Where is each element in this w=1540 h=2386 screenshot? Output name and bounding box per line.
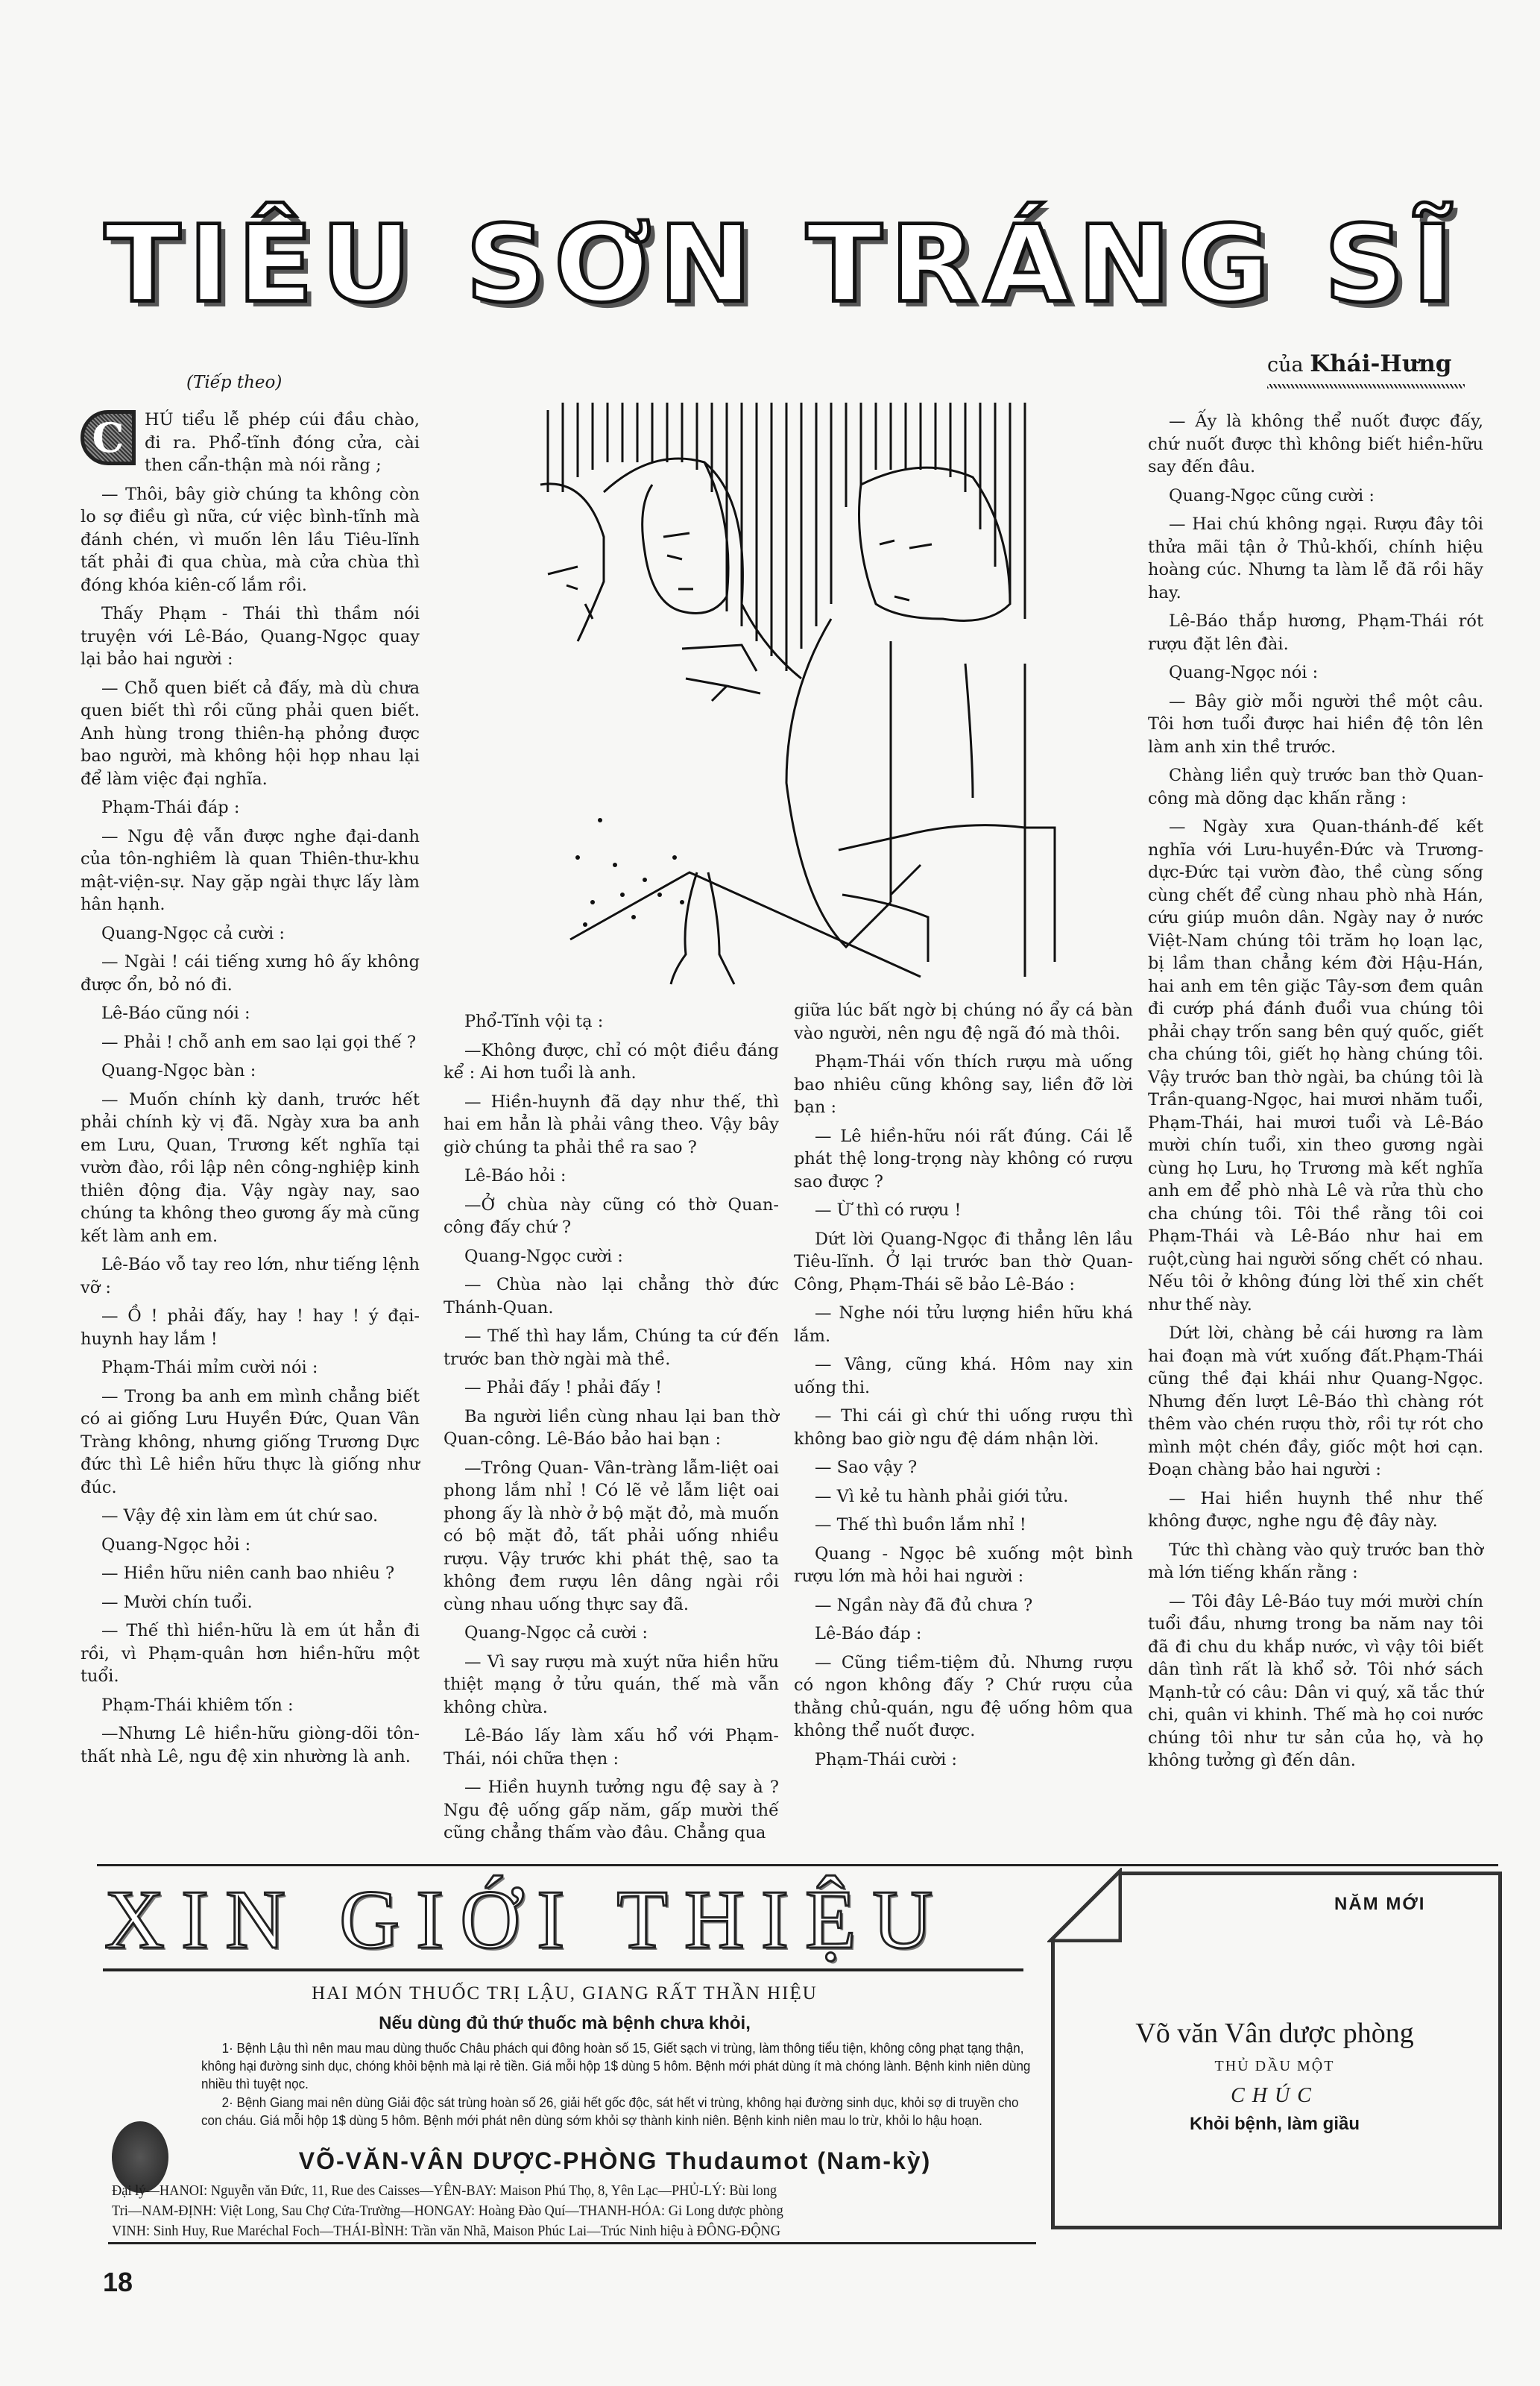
paragraph: Quang-Ngọc bàn : bbox=[81, 1060, 420, 1083]
paragraph: — Vì say rượu mà xuýt nữa hiền hữu thiệt… bbox=[444, 1651, 779, 1719]
paragraph: Quang-Ngọc cười : bbox=[444, 1245, 779, 1268]
paragraph: Quang-Ngọc hỏi : bbox=[81, 1534, 420, 1557]
paragraph: Lê-Báo cũng nói : bbox=[81, 1002, 420, 1025]
paragraph: Chàng liền quỳ trước ban thờ Quan-công m… bbox=[1148, 764, 1483, 810]
paragraph: — Tôi đây Lê-Báo tuy mới mười chín tuổi … bbox=[1148, 1590, 1483, 1772]
greeting-message: Khỏi bệnh, làm giầu bbox=[1055, 2114, 1495, 2135]
paragraph: Phạm-Thái đáp : bbox=[81, 796, 420, 819]
illustration bbox=[503, 380, 1137, 992]
paragraph: Tức thì chàng vào quỳ trước ban thờ mà l… bbox=[1148, 1539, 1483, 1584]
ad-bottom-rule bbox=[108, 2242, 1036, 2244]
paragraph: — Thế thì hay lắm, Chúng ta cứ đến trước… bbox=[444, 1325, 779, 1370]
paragraph: Lê-Báo lấy làm xấu hổ với Phạm-Thái, nói… bbox=[444, 1725, 779, 1770]
paragraph: Phạm-Thái vốn thích rượu mà uống bao nhi… bbox=[794, 1051, 1133, 1119]
paragraph: — Ừ thì có rượu ! bbox=[794, 1199, 1133, 1222]
ad-subheading: HAI MÓN THUỐC TRỊ LẬU, GIANG RẤT THẦN HI… bbox=[104, 1983, 1025, 2004]
byline: của Khái-Hưng bbox=[1267, 350, 1451, 377]
page-number: 18 bbox=[103, 2267, 133, 2298]
text-column-2: Phổ-Tĩnh vội tạ : —Không được, chỉ có mộ… bbox=[444, 1010, 779, 1851]
paragraph: — Vâng, cũng khá. Hôm nay xin uống thi. bbox=[794, 1353, 1133, 1399]
text-column-4: — Ấy là không thể nuốt được đấy, chứ nuố… bbox=[1148, 410, 1483, 1778]
paragraph: — Trong ba anh em mình chẳng biết có ai … bbox=[81, 1385, 420, 1499]
paragraph: — Hiền hữu niên canh bao nhiêu ? bbox=[81, 1562, 420, 1585]
paragraph: Quang-Ngọc nói : bbox=[1148, 661, 1483, 684]
paragraph: Dứt lời, chàng bẻ cái hương ra làm hai đ… bbox=[1148, 1322, 1483, 1482]
paragraph: Phạm-Thái cười : bbox=[794, 1748, 1133, 1772]
paragraph: Lê-Báo vỗ tay reo lớn, như tiếng lệnh vỡ… bbox=[81, 1253, 420, 1299]
paragraph: — Hai chú không ngại. Rượu đây tôi thửa … bbox=[1148, 513, 1483, 604]
paragraph: — Thế thì buồn lắm nhỉ ! bbox=[794, 1514, 1133, 1537]
paragraph: — Ngài ! cái tiếng xưng hô ấy không được… bbox=[81, 951, 420, 996]
article-title: TIÊU SƠN TRÁNG SĨ bbox=[89, 218, 1476, 311]
text-column-3: giữa lúc bất ngờ bị chúng nó ẩy cá bàn v… bbox=[794, 999, 1133, 1777]
paragraph: Ba người liền cùng nhau lại ban thờ Quan… bbox=[444, 1406, 779, 1451]
folded-corner-ornament bbox=[1047, 1868, 1122, 1942]
text-column-1: CHÚ tiểu lễ phép cúi đầu chào, đi ra. Ph… bbox=[81, 409, 420, 1774]
paragraph: giữa lúc bất ngờ bị chúng nó ẩy cá bàn v… bbox=[794, 999, 1133, 1045]
paragraph: Quang - Ngọc bê xuống một bình rượu lớn … bbox=[794, 1543, 1133, 1588]
ad-heading: XIN GIỚI THIỆU bbox=[104, 1879, 1021, 1961]
byline-prefix: của bbox=[1267, 353, 1304, 377]
paragraph: Quang-Ngọc cũng cười : bbox=[1148, 485, 1483, 508]
paragraph: — Mười chín tuổi. bbox=[81, 1591, 420, 1614]
paragraph: — Phải đấy ! phải đấy ! bbox=[444, 1376, 779, 1400]
agent-line: Đại lý—HANOI: Nguyễn văn Đức, 11, Rue de… bbox=[112, 2181, 1051, 2201]
paragraph: Quang-Ngọc cả cười : bbox=[81, 922, 420, 945]
ad-item-2: 2· Bệnh Giang mai nên dùng Giải độc sát … bbox=[201, 2094, 1031, 2130]
greeting-place: THỦ DẦU MỘT bbox=[1055, 2058, 1495, 2075]
paragraph: — Muốn chính kỳ danh, trước hết phải chí… bbox=[81, 1089, 420, 1248]
paragraph: Lê-Báo thắp hương, Phạm-Thái rót rượu đặ… bbox=[1148, 610, 1483, 655]
paragraph: —Ở chùa này cũng có thờ Quan-công đấy ch… bbox=[444, 1194, 779, 1239]
paragraph: —Trông Quan- Vân-tràng lẫm-liệt oai phon… bbox=[444, 1457, 779, 1617]
paragraph: — Hai hiền huynh thề như thế không được,… bbox=[1148, 1488, 1483, 1533]
paragraph: — Ồ ! phải đấy, hay ! hay ! ý đại-huynh … bbox=[81, 1305, 420, 1350]
paragraph: Phạm-Thái khiêm tốn : bbox=[81, 1694, 420, 1717]
ad-top-rule bbox=[97, 1864, 1498, 1866]
paragraph: — Lê hiền-hữu nói rất đúng. Cái lễ phát … bbox=[794, 1125, 1133, 1194]
ad-brand: VÕ-VĂN-VÂN DƯỢC-PHÒNG Thudaumot (Nam-kỳ) bbox=[201, 2147, 1029, 2175]
paragraph: CHÚ tiểu lễ phép cúi đầu chào, đi ra. Ph… bbox=[81, 409, 420, 477]
paragraph: Quang-Ngọc cả cười : bbox=[444, 1622, 779, 1645]
paragraph: Dứt lời Quang-Ngọc đi thẳng lên lầu Tiêu… bbox=[794, 1228, 1133, 1297]
greeting-name: Võ văn Vân dược phòng bbox=[1055, 2017, 1495, 2050]
ad-item-1: 1· Bệnh Lậu thì nên mau mau dùng thuốc C… bbox=[201, 2039, 1031, 2093]
paragraph: — Bây giờ mỗi người thề một câu. Tôi hơn… bbox=[1148, 690, 1483, 759]
paragraph: — Vậy đệ xin làm em út chứ sao. bbox=[81, 1505, 420, 1528]
dropcap-letter: C bbox=[81, 410, 136, 465]
ad-heading-rule bbox=[103, 1968, 1023, 1971]
paragraph: — Chỗ quen biết cả đấy, mà dù chưa quen … bbox=[81, 677, 420, 791]
paragraph: — Hiền-huynh đã dạy như thế, thì hai em … bbox=[444, 1091, 779, 1159]
paragraph: — Chùa nào lại chẳng thờ đức Thánh-Quan. bbox=[444, 1274, 779, 1319]
agent-line: VINH: Sinh Huy, Rue Maréchal Foch—THÁI-B… bbox=[112, 2221, 1051, 2241]
paragraph: — Phải ! chỗ anh em sao lại gọi thế ? bbox=[81, 1031, 420, 1054]
byline-rule bbox=[1267, 384, 1465, 388]
paragraph: — Ngày xưa Quan-thánh-đế kết nghĩa với L… bbox=[1148, 816, 1483, 1316]
paragraph: — Ngần này đã đủ chưa ? bbox=[794, 1594, 1133, 1617]
paragraph: — Thi cái gì chứ thi uống rượu thì không… bbox=[794, 1405, 1133, 1450]
paragraph: — Thôi, bây giờ chúng ta không còn lo sợ… bbox=[81, 483, 420, 597]
paragraph: — Sao vậy ? bbox=[794, 1456, 1133, 1479]
paragraph: — Thế thì hiền-hữu là em út hẳn đi rồi, … bbox=[81, 1619, 420, 1688]
paragraph: Thấy Phạm - Thái thì thầm nói truyện với… bbox=[81, 602, 420, 671]
paragraph: — Ngu đệ vẫn được nghe đại-danh của tôn-… bbox=[81, 825, 420, 916]
ad-lead: Nếu dùng đủ thứ thuốc mà bệnh chưa khỏi, bbox=[104, 2013, 1025, 2034]
paragraph: —Không được, chỉ có một điều đáng kể : A… bbox=[444, 1039, 779, 1085]
curtain-stripes bbox=[548, 403, 1025, 671]
paragraph: — Hiền huynh tưởng ngu đệ say à ? Ngu đệ… bbox=[444, 1776, 779, 1845]
paragraph: Phổ-Tĩnh vội tạ : bbox=[444, 1010, 779, 1033]
paragraph: Lê-Báo đáp : bbox=[794, 1622, 1133, 1646]
paragraph: — Nghe nói tửu lượng hiền hữu khá lắm. bbox=[794, 1302, 1133, 1347]
ad-agents: Đại lý—HANOI: Nguyễn văn Đức, 11, Rue de… bbox=[112, 2181, 1051, 2241]
paragraph: — Ấy là không thể nuốt được đấy, chứ nuố… bbox=[1148, 410, 1483, 479]
paragraph: —Nhưng Lê hiền-hữu giòng-dõi tôn-thất nh… bbox=[81, 1722, 420, 1768]
greeting-wish: CHÚC bbox=[1055, 2084, 1495, 2108]
author-name: Khái-Hưng bbox=[1310, 350, 1451, 377]
paragraph: — Vì kẻ tu hành phải giới tửu. bbox=[794, 1485, 1133, 1508]
paragraph: — Cũng tiềm-tiệm đủ. Nhưng rượu có ngon … bbox=[794, 1652, 1133, 1743]
paragraph: Phạm-Thái mỉm cười nói : bbox=[81, 1356, 420, 1379]
continued-label: (Tiếp theo) bbox=[186, 373, 282, 392]
paragraph: Lê-Báo hỏi : bbox=[444, 1165, 779, 1188]
greeting-top-label: NĂM MỚI bbox=[1334, 1894, 1425, 1915]
agent-line: Tri—NAM-ĐỊNH: Việt Long, Sau Chợ Cửa-Trư… bbox=[112, 2201, 1051, 2221]
